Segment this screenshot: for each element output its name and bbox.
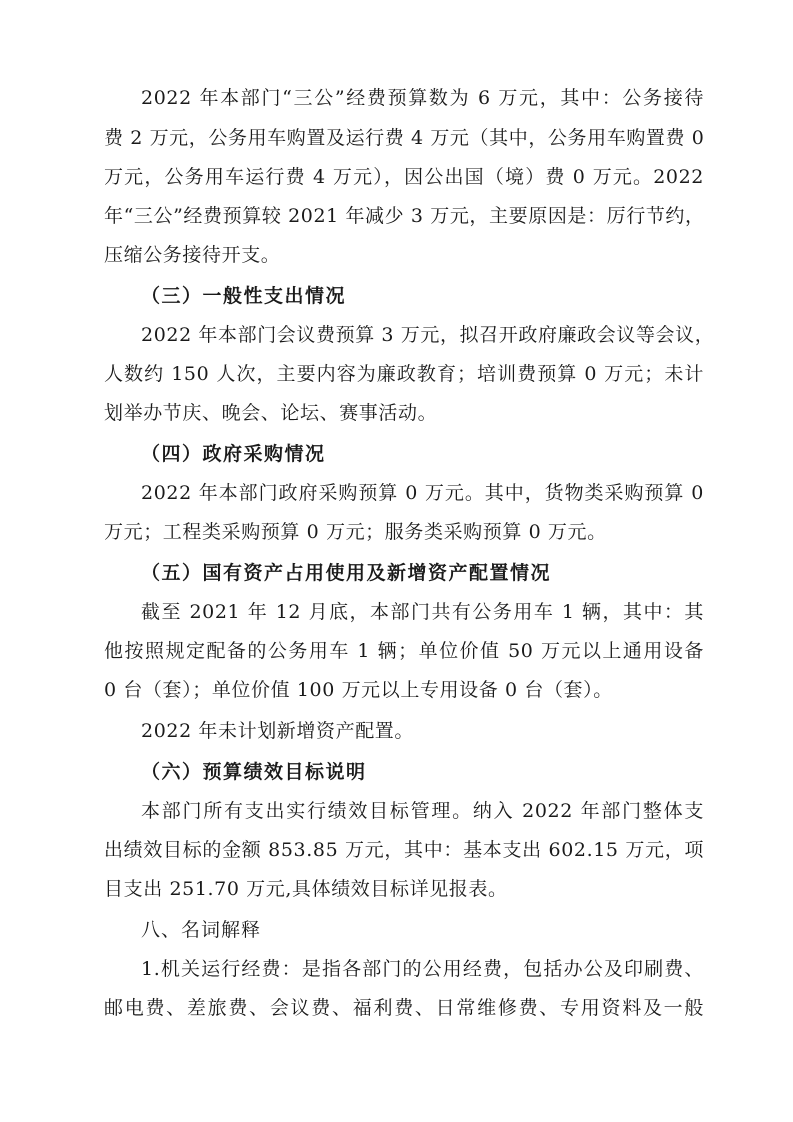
para-new-assets: 2022 年未计划新增资产配置。 <box>141 719 741 743</box>
para-glossary-line-2: 邮电费、差旅费、会议费、福利费、日常维修费、专用资料及一般 <box>104 996 704 1020</box>
para-general-line-1: 2022 年本部门会议费预算 3 万元，拟召开政府廉政会议等会议， <box>141 323 704 347</box>
heading-state-assets: （五）国有资产占用使用及新增资产配置情况 <box>141 561 741 585</box>
para-three-public-line-4: 年“三公”经费预算较 2021 年减少 3 万元，主要原因是：厉行节约， <box>104 204 704 228</box>
para-assets-line-3: 0 台（套）；单位价值 100 万元以上专用设备 0 台（套）。 <box>104 678 704 702</box>
heading-performance-targets: （六）预算绩效目标说明 <box>141 760 741 784</box>
para-general-line-3: 划举办节庆、晚会、论坛、赛事活动。 <box>104 401 704 425</box>
para-glossary-line-1: 1.机关运行经费：是指各部门的公用经费，包括办公及印刷费、 <box>141 957 704 981</box>
heading-government-procurement: （四）政府采购情况 <box>141 442 741 466</box>
para-procurement-line-2: 万元；工程类采购预算 0 万元；服务类采购预算 0 万元。 <box>104 520 704 544</box>
document-page: 2022 年本部门“三公”经费预算数为 6 万元，其中：公务接待 费 2 万元，… <box>0 0 793 1122</box>
para-performance-line-2: 出绩效目标的金额 853.85 万元，其中：基本支出 602.15 万元，项 <box>104 838 704 862</box>
para-performance-line-1: 本部门所有支出实行绩效目标管理。纳入 2022 年部门整体支 <box>141 799 704 823</box>
para-three-public-line-3: 万元，公务用车运行费 4 万元），因公出国（境）费 0 万元。2022 <box>104 165 704 189</box>
heading-general-expenditure: （三）一般性支出情况 <box>141 284 741 308</box>
para-assets-line-2: 他按照规定配备的公务用车 1 辆；单位价值 50 万元以上通用设备 <box>104 639 704 663</box>
para-assets-line-1: 截至 2021 年 12 月底，本部门共有公务用车 1 辆，其中：其 <box>141 600 704 624</box>
para-performance-line-3: 目支出 251.70 万元,具体绩效目标详见报表。 <box>104 877 704 901</box>
para-three-public-line-1: 2022 年本部门“三公”经费预算数为 6 万元，其中：公务接待 <box>141 86 704 110</box>
para-general-line-2: 人数约 150 人次，主要内容为廉政教育；培训费预算 0 万元；未计 <box>104 362 704 386</box>
para-three-public-line-5: 压缩公务接待开支。 <box>104 243 704 267</box>
para-three-public-line-2: 费 2 万元，公务用车购置及运行费 4 万元（其中，公务用车购置费 0 <box>104 126 704 150</box>
section-title-glossary: 八、名词解释 <box>141 918 741 942</box>
para-procurement-line-1: 2022 年本部门政府采购预算 0 万元。其中，货物类采购预算 0 <box>141 481 704 505</box>
